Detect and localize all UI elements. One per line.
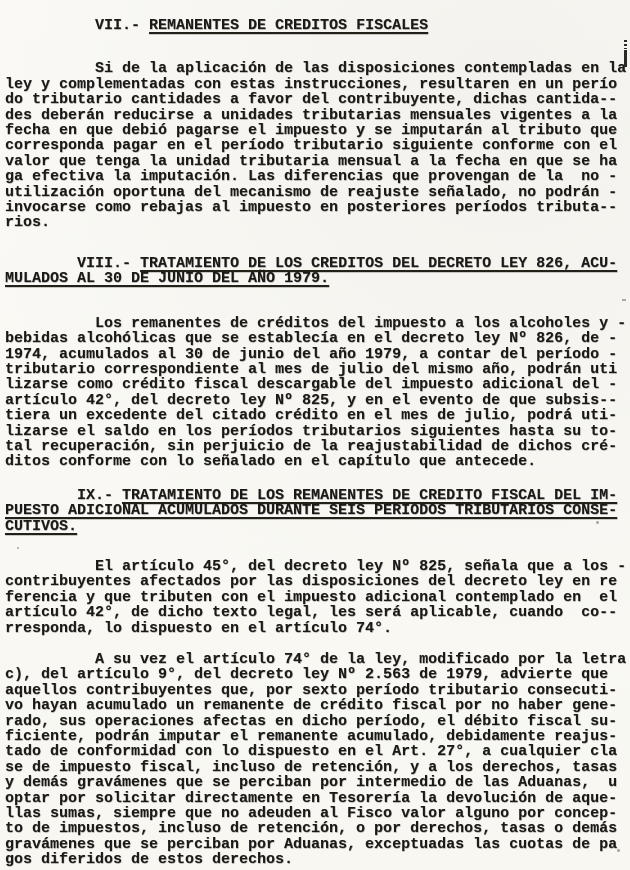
scan-edge-mark xyxy=(624,50,627,67)
section-vii-heading: VII.- REMANENTES DE CREDITOS FISCALES xyxy=(5,18,630,33)
section-vii: VII.- REMANENTES DE CREDITOS FISCALES Si… xyxy=(5,18,630,231)
scan-speck xyxy=(612,129,615,132)
section-ix-heading: IX.- TRATAMIENTO DE LOS REMANENTES DE CR… xyxy=(5,488,630,534)
section-viii-heading: VIII.- TRATAMIENTO DE LOS CREDITOS DEL D… xyxy=(5,256,630,287)
section-ix: IX.- TRATAMIENTO DE LOS REMANENTES DE CR… xyxy=(5,488,630,868)
section-viii-paragraph-1: Los remanentes de créditos del impuesto … xyxy=(5,316,630,470)
scan-speck xyxy=(622,299,626,301)
scan-speck xyxy=(596,521,599,524)
section-ix-paragraph-2: A su vez el artículo 74° de la ley, modi… xyxy=(5,652,630,868)
section-vii-heading-number: VII.- xyxy=(5,17,149,34)
section-vii-heading-title: REMANENTES DE CREDITOS FISCALES xyxy=(149,17,428,34)
section-vii-paragraph-1: Si de la aplicación de las disposiciones… xyxy=(5,61,630,230)
scan-speck xyxy=(617,849,620,852)
section-ix-paragraph-1: El artículo 45°, del decreto ley Nº 825,… xyxy=(5,559,630,636)
section-viii: VIII.- TRATAMIENTO DE LOS CREDITOS DEL D… xyxy=(5,256,630,470)
scan-speck xyxy=(610,660,612,662)
scan-speck xyxy=(17,547,19,549)
scan-edge-mark xyxy=(624,40,627,49)
document-page: VII.- REMANENTES DE CREDITOS FISCALES Si… xyxy=(0,0,630,870)
